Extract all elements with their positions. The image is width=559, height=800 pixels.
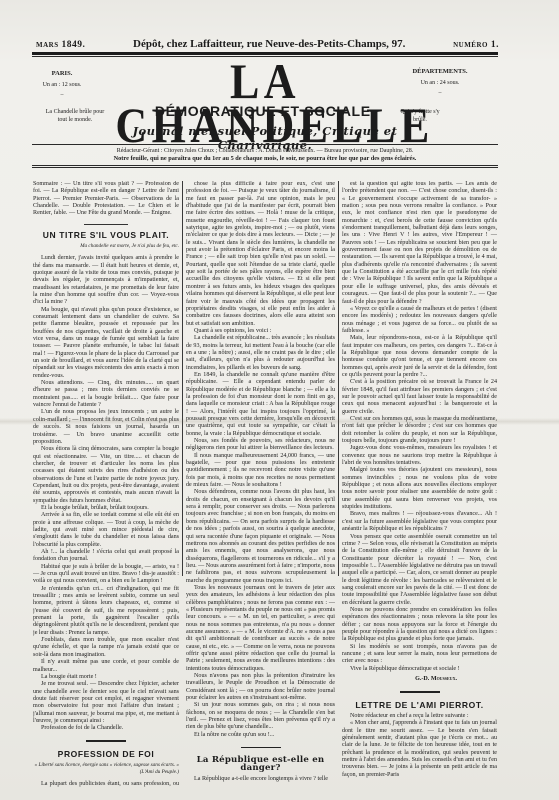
article-title: UN TITRE S'IL VOUS PLAIT. bbox=[33, 232, 179, 239]
column-3: est la question qui agite tous les parti… bbox=[342, 181, 497, 787]
subscription-city: DÉPARTEMENTS. bbox=[410, 68, 470, 76]
newspaper-page: mars 1849. Dépôt, chez Laffaitteur, rue … bbox=[0, 0, 559, 800]
credits-rule-bottom bbox=[32, 165, 498, 166]
paragraph: Mais, leur répondrons-nous, est-ce à la … bbox=[342, 335, 497, 379]
section-divider bbox=[84, 224, 128, 225]
ornament-divider bbox=[33, 738, 179, 745]
article-title: LETTRE DE L'AMI PIERROT. bbox=[342, 702, 497, 709]
column-divider-1 bbox=[182, 181, 183, 576]
ornament-divider bbox=[186, 744, 335, 751]
article-title: La République est-elle en danger? bbox=[186, 757, 335, 772]
paragraph: Il nous manque malheureusement 24,000 fr… bbox=[186, 453, 335, 490]
publication-notice: Notre feuille, qui ne paraîtra que du 1e… bbox=[30, 155, 500, 163]
paragraph: Tous les nouveaux journaux ont le traver… bbox=[186, 585, 335, 673]
article-body: La plupart des publicistes étant, ou san… bbox=[33, 781, 179, 787]
subscription-price: Un an : 24 sous. bbox=[410, 79, 470, 87]
paragraph: Ma bougie, qui n'avait plus qu'un pouce … bbox=[33, 307, 179, 380]
column-divider-2 bbox=[338, 181, 339, 576]
column-2: chose la plus difficile à faire pour eux… bbox=[186, 181, 335, 787]
subscription-departements: DÉPARTEMENTS. Un an : 24 sous. – bbox=[410, 68, 470, 97]
paragraph: Nous défendrons, comme nous l'avons dit … bbox=[186, 489, 335, 584]
paragraph: Je me trouvai seul. — Descendre chez l'é… bbox=[33, 681, 179, 725]
subscription-price: Un an : 12 sous. bbox=[36, 81, 88, 89]
paragraph: C'est à la position précaire où se trouv… bbox=[342, 379, 497, 416]
subscription-dash: – bbox=[410, 89, 470, 97]
paragraph: Nous n'avons pas non plus la prétention … bbox=[186, 673, 335, 702]
paragraph: J'oubliais, dans mon trouble, que mon es… bbox=[33, 637, 179, 659]
issue-date: mars 1849. bbox=[36, 40, 85, 50]
article-epigraph: « Liberté sans licence, énergie sans » v… bbox=[33, 762, 179, 774]
paragraph: Si un jour nous sommes gais, on rira ; s… bbox=[186, 702, 335, 731]
paragraph: Nous, ses fondés de pouvoirs, ses rédact… bbox=[186, 438, 335, 453]
paragraph: est la question qui agite tous les parti… bbox=[342, 181, 497, 306]
paragraph: La chandelle est républicaine... très av… bbox=[186, 335, 335, 372]
paragraph: Nous étions là cinq démocrates, sans com… bbox=[33, 446, 179, 505]
table-of-contents: Sommaire : — Un titre s'il vous plaît ? … bbox=[33, 181, 179, 218]
paragraph: Nous attendions. — Cinq, dix minutes....… bbox=[33, 380, 179, 409]
ornament-divider bbox=[342, 688, 497, 695]
credits-rule-bottom-2 bbox=[32, 167, 498, 168]
column-1: Sommaire : — Un titre s'il vous plaît ? … bbox=[33, 181, 179, 787]
paragraph: Lundi dernier, j'avais invité quelques a… bbox=[33, 255, 179, 306]
paragraph: Et la nôtre ne coûte qu'un sou !... bbox=[186, 732, 335, 739]
article-body: Notre rédacteur en chef a reçu la lettre… bbox=[342, 713, 497, 779]
paragraph: Il n'y avait même pas une corde, et pour… bbox=[33, 659, 179, 674]
article-epigraph: Ma chandelle est morte, Je n'ai plus de … bbox=[33, 243, 179, 249]
paragraph: Vive la République démocratique et socia… bbox=[342, 666, 497, 673]
article-body: La République a-t-elle encore longtemps … bbox=[186, 776, 335, 783]
paragraph: C'est sur ces hommes qui, sous le masque… bbox=[342, 416, 497, 445]
paragraph: Arrivée à sa fin, elle se tordait comme … bbox=[33, 512, 179, 549]
paragraph: « Mon cher ami, j'apprends à l'instant q… bbox=[342, 720, 497, 779]
subscription-dash: – bbox=[36, 91, 88, 99]
paragraph: Si les modérés se sont trompés, nous n'a… bbox=[342, 644, 497, 666]
paragraph: La plupart des publicistes étant, ou san… bbox=[33, 781, 179, 787]
editorial-credits: Rédacteur-Gérant : Citoyen Jules Choux ;… bbox=[30, 147, 500, 155]
newspaper-subtitle: DÉMOCRATIQUE ET SOCIALE, bbox=[100, 103, 430, 119]
paragraph: Habitué que je suis à brûler de la bougi… bbox=[33, 564, 179, 586]
credits-block: Rédacteur-Gérant : Citoyen Jules Choux ;… bbox=[30, 147, 500, 163]
paragraph: En 1849, la chandelle ne connaît qu'une … bbox=[186, 372, 335, 438]
paragraph: Quant à ses opinions, les voici : bbox=[186, 328, 335, 335]
article-body: chose la plus difficile à faire pour eux… bbox=[186, 181, 335, 739]
article-title: PROFESSION DE FOI bbox=[33, 751, 179, 758]
article-body: Lundi dernier, j'avais invité quelques a… bbox=[33, 255, 179, 732]
paragraph: Je n'entendis qu'un cri... cri d'indigna… bbox=[33, 586, 179, 637]
article-signature: G.-D. Mousseux. bbox=[342, 676, 497, 683]
paragraph: Vous pensez que cette assemblée oserait … bbox=[342, 534, 497, 607]
paragraph: Jugez-vous donc vous-mêmes, messieurs le… bbox=[342, 445, 497, 467]
dateline: mars 1849. Dépôt, chez Laffaitteur, rue … bbox=[36, 38, 499, 50]
paragraph: Ah !... la chandelle ! s'écria celui qui… bbox=[33, 549, 179, 564]
paragraph: « Voyez ce qu'elle a causé de malheurs e… bbox=[342, 306, 497, 335]
paragraph: Malgré toutes vos théories (ajoutent ces… bbox=[342, 467, 497, 511]
paragraph: Bravo, mes maîtres ! — réjouissez-vous d… bbox=[342, 511, 497, 533]
paragraph: L'un de nous proposa les jeux innocents … bbox=[33, 409, 179, 446]
paragraph: chose la plus difficile à faire pour eux… bbox=[186, 181, 335, 328]
paragraph: Profession de foi de la Chandelle. bbox=[33, 725, 179, 732]
paragraph: Nous ne pouvons donc prendre en considér… bbox=[342, 607, 497, 644]
paragraph: La République a-t-elle encore longtemps … bbox=[186, 776, 335, 783]
issue-number: numéro 1. bbox=[453, 40, 499, 50]
article-body: est la question qui agite tous les parti… bbox=[342, 181, 497, 673]
motto-left: La Chandelle brûle pour tout le monde. bbox=[45, 108, 105, 124]
depot-address: Dépôt, chez Laffaitteur, rue Neuve-des-P… bbox=[133, 38, 405, 50]
credits-rule-top bbox=[32, 144, 498, 145]
paragraph: La bougie était morte ! bbox=[33, 674, 179, 681]
subscription-city: PARIS. bbox=[36, 70, 88, 78]
subscription-paris: PARIS. Un an : 12 sous. – bbox=[36, 70, 88, 99]
